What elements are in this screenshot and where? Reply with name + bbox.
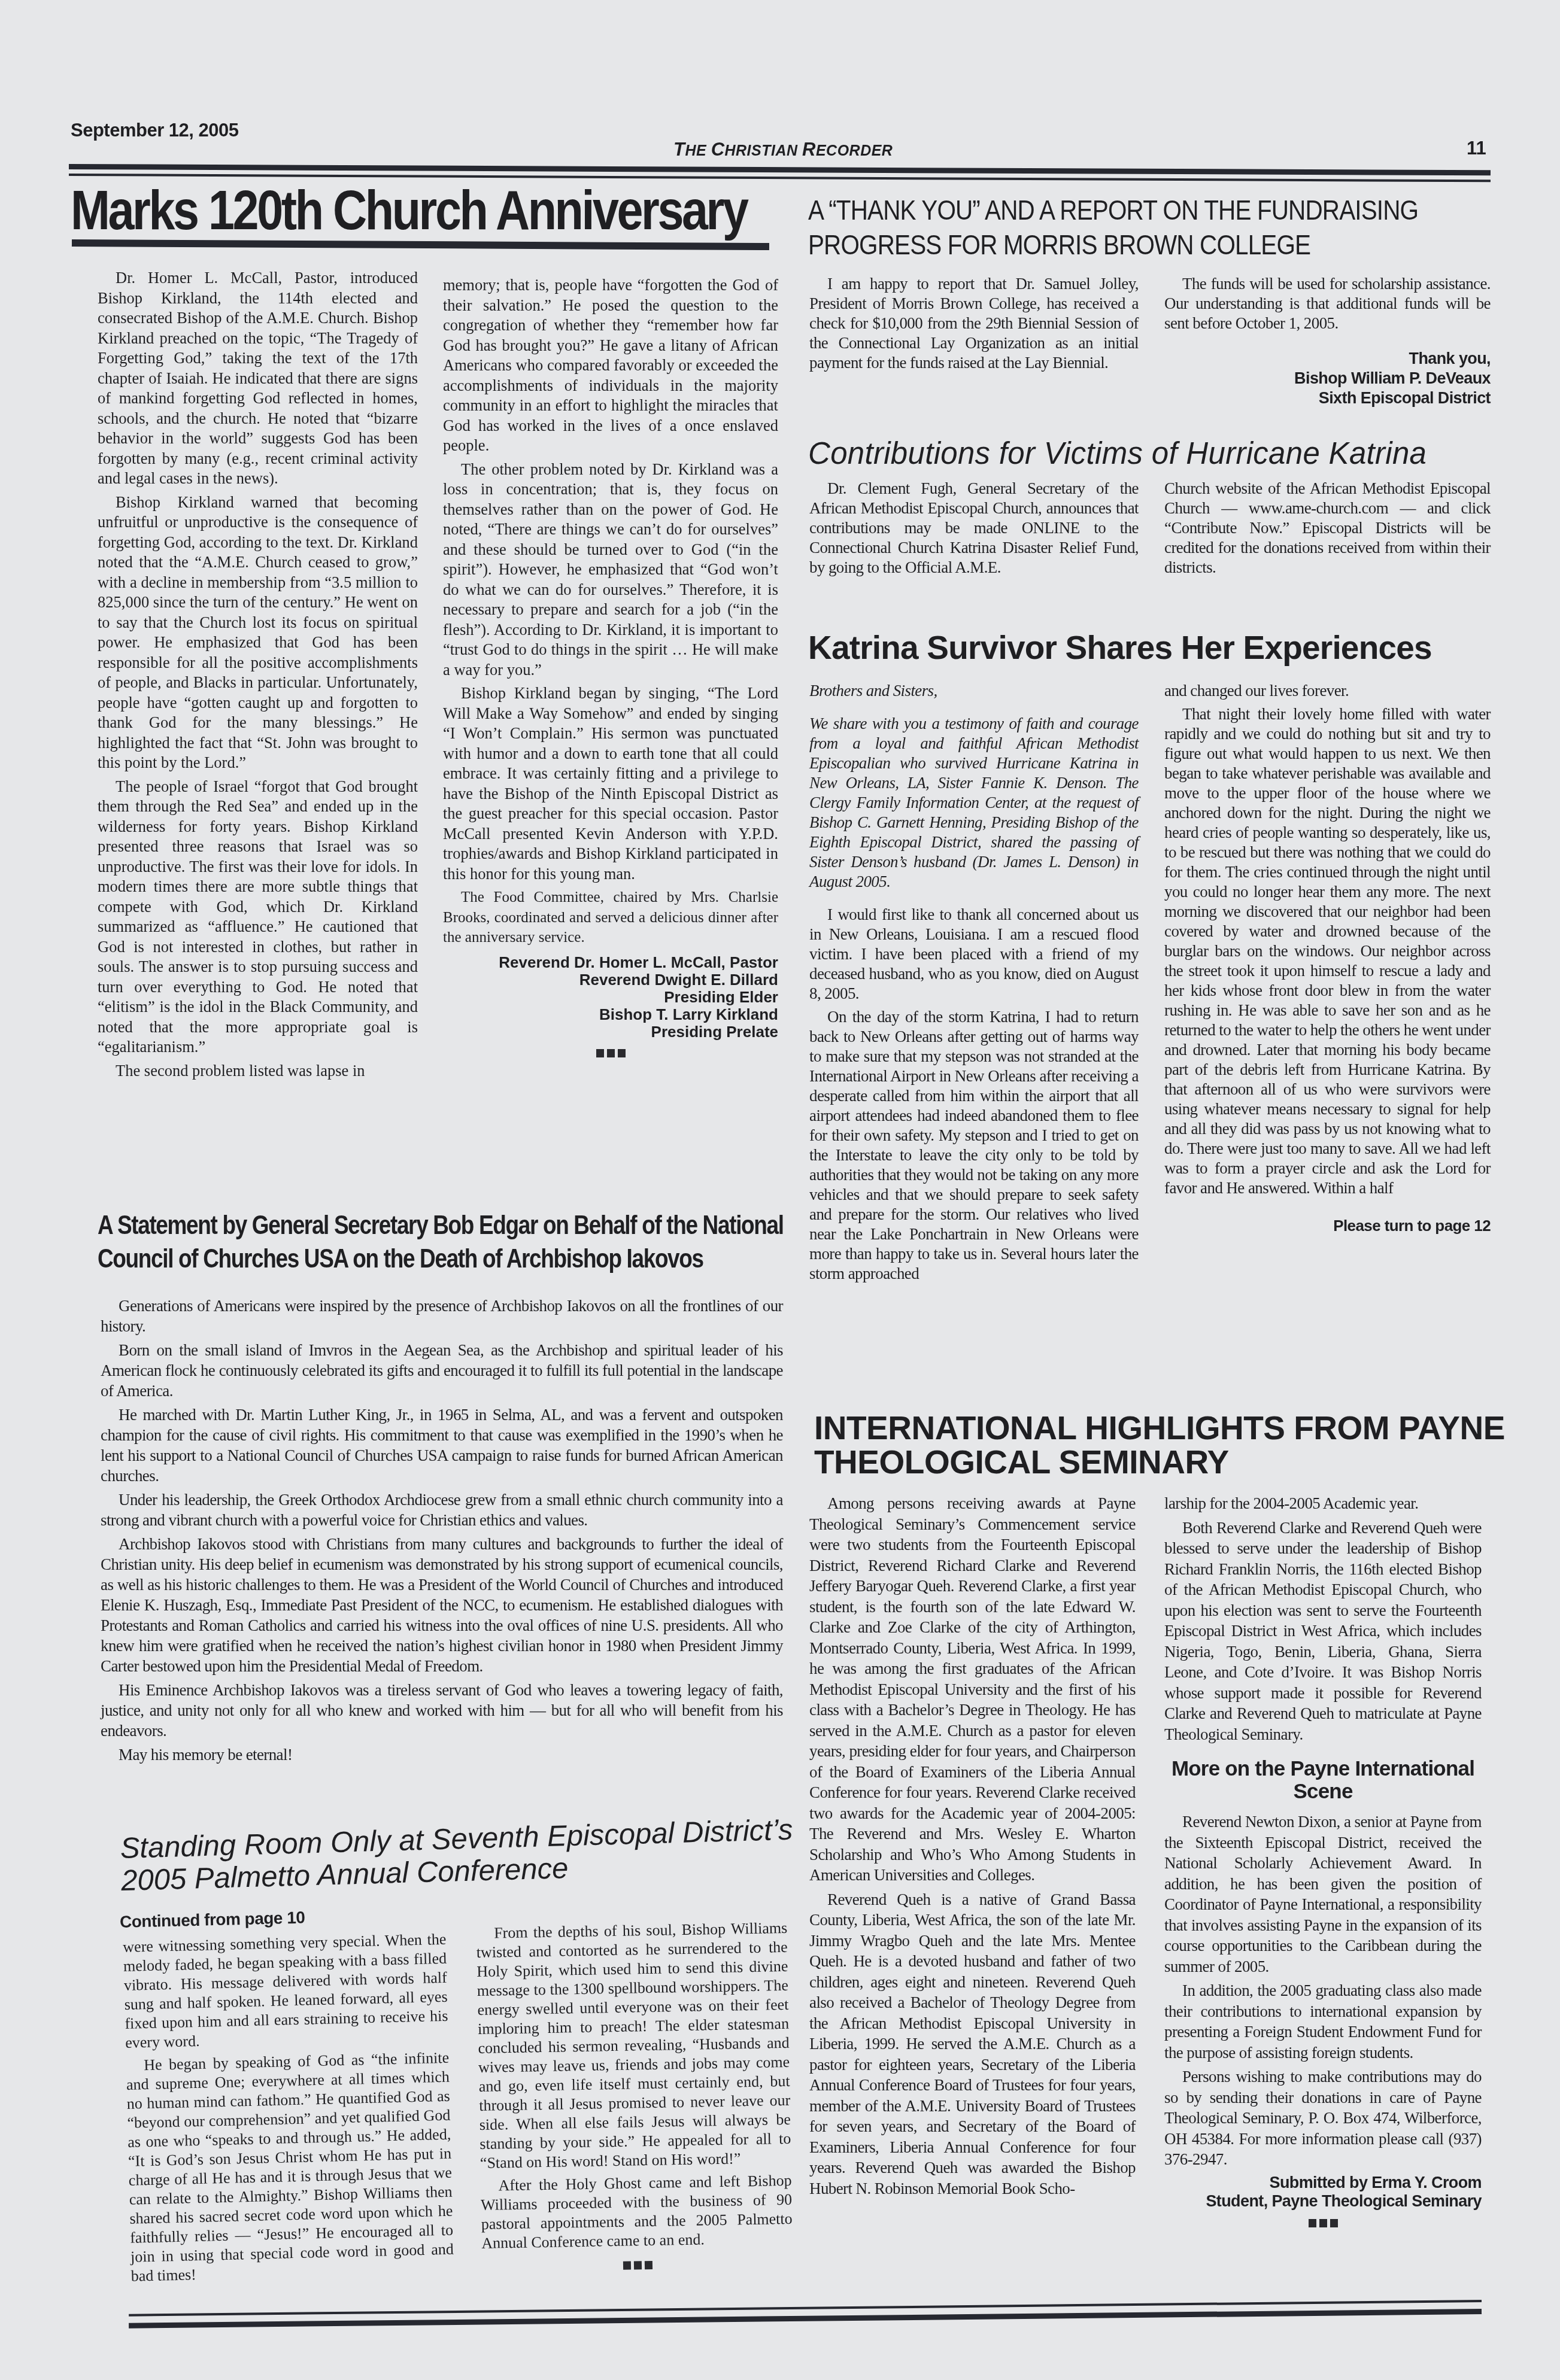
paragraph: The Food Committee, chaired by Mrs. Char…: [443, 887, 778, 948]
payne-headline: INTERNATIONAL HIGHLIGHTS FROM PAYNE THEO…: [814, 1411, 1509, 1479]
paragraph: Church website of the African Methodist …: [1164, 479, 1491, 577]
paragraph: On the day of the storm Katrina, I had t…: [809, 1007, 1139, 1284]
payne-signature: Submitted by Erma Y. Croom Student, Payn…: [1164, 2174, 1482, 2211]
anniversary-column-2: memory; that is, people have “forgotten …: [443, 275, 778, 1057]
paragraph: I would first like to thank all concerne…: [809, 905, 1139, 1004]
signature-line: Student, Payne Theological Seminary: [1164, 2192, 1482, 2211]
end-of-article-mark: [482, 2259, 793, 2272]
paragraph: Reverend Queh is a native of Grand Bassa…: [809, 1889, 1136, 2199]
statement-body: Generations of Americans were inspired b…: [101, 1296, 783, 1765]
paragraph: In addition, the 2005 graduating class a…: [1164, 1980, 1482, 2063]
paragraph: Born on the small island of Imvros in th…: [101, 1340, 783, 1401]
page-number: 11: [1467, 138, 1486, 159]
paragraph: The second problem listed was lapse in: [98, 1061, 418, 1081]
signature-line: Submitted by Erma Y. Croom: [1164, 2174, 1482, 2192]
paragraph: Bishop Kirkland began by singing, “The L…: [443, 683, 778, 884]
paragraph: Among persons receiving awards at Payne …: [809, 1493, 1136, 1886]
thank-you-column-2: The funds will be used for scholarship a…: [1164, 274, 1491, 408]
signature-line: Thank you,: [1164, 349, 1491, 369]
end-of-article-mark: [443, 1049, 778, 1057]
paragraph: memory; that is, people have “forgotten …: [443, 275, 778, 456]
paragraph: He marched with Dr. Martin Luther King, …: [101, 1405, 783, 1486]
signature-line: Presiding Prelate: [443, 1023, 778, 1041]
thank-you-signature: Thank you, Bishop William P. DeVeaux Six…: [1164, 349, 1491, 408]
pub-letter: R: [802, 139, 816, 160]
pub-letter: C: [711, 139, 725, 160]
paragraph: and changed our lives forever.: [1164, 681, 1491, 701]
paragraph: That night their lovely home filled with…: [1164, 704, 1491, 1198]
paragraph: Bishop Kirkland warned that becoming unf…: [98, 493, 418, 773]
pub-smallcaps: HE: [685, 142, 711, 159]
signature-line: Reverend Dwight E. Dillard: [443, 971, 778, 989]
paragraph: I am happy to report that Dr. Samuel Jol…: [809, 274, 1139, 373]
katrina-column-1: Brothers and Sisters, We share with you …: [809, 681, 1139, 1284]
salutation: Brothers and Sisters,: [809, 681, 1139, 701]
paragraph: Reverend Newton Dixon, a senior at Payne…: [1164, 1811, 1482, 1977]
paragraph: Archbishop Iakovos stood with Christians…: [101, 1534, 783, 1676]
paragraph: His Eminence Archbishop Iakovos was a ti…: [101, 1680, 783, 1741]
continued-from-label: Continued from page 10: [120, 1908, 305, 1932]
anniversary-signature: Reverend Dr. Homer L. McCall, Pastor Rev…: [443, 954, 778, 1041]
signature-line: Sixth Episcopal District: [1164, 388, 1491, 408]
paragraph: He began by speaking of God as “the infi…: [126, 2048, 454, 2286]
contributions-column-2: Church website of the African Methodist …: [1164, 479, 1491, 577]
paragraph: larship for the 2004-2005 Academic year.: [1164, 1493, 1482, 1514]
signature-line: Reverend Dr. Homer L. McCall, Pastor: [443, 954, 778, 971]
paragraph: Both Reverend Clarke and Reverend Queh w…: [1164, 1518, 1482, 1745]
continued-link[interactable]: Please turn to page 12: [1164, 1216, 1491, 1236]
paragraph: After the Holy Ghost came and left Bisho…: [480, 2171, 793, 2253]
pub-letter: T: [673, 139, 685, 160]
paragraph: Persons wishing to make contributions ma…: [1164, 2066, 1482, 2170]
statement-headline: A Statement by General Secretary Bob Edg…: [98, 1209, 791, 1276]
signature-line: Bishop William P. DeVeaux: [1164, 369, 1491, 388]
paragraph: The other problem noted by Dr. Kirkland …: [443, 460, 778, 680]
signature-line: Presiding Elder: [443, 989, 778, 1006]
paragraph: Dr. Clement Fugh, General Secretary of t…: [809, 479, 1139, 577]
pub-smallcaps: ECORDER: [816, 142, 893, 159]
end-of-article-mark: [1164, 2219, 1482, 2227]
intro-italic: We share with you a testimony of faith a…: [809, 714, 1139, 892]
payne-column-2: larship for the 2004-2005 Academic year.…: [1164, 1493, 1482, 2227]
katrina-headline: Katrina Survivor Shares Her Experiences: [808, 628, 1432, 667]
standing-room-column-1: were witnessing something very special. …: [123, 1930, 454, 2286]
publication-name: THE CHRISTIAN RECORDER: [673, 139, 893, 160]
standing-room-column-2: From the depths of his soul, Bishop Will…: [476, 1919, 793, 2272]
standing-room-headline: Standing Room Only at Seventh Episcopal …: [120, 1813, 810, 1897]
paragraph: were witnessing something very special. …: [123, 1930, 449, 2053]
paragraph: May his memory be eternal!: [101, 1744, 783, 1765]
signature-line: Bishop T. Larry Kirkland: [443, 1006, 778, 1023]
payne-subheadline: More on the Payne International Scene: [1164, 1758, 1482, 1803]
paragraph: Under his leadership, the Greek Orthodox…: [101, 1490, 783, 1530]
thank-you-column-1: I am happy to report that Dr. Samuel Jol…: [809, 274, 1139, 373]
issue-date: September 12, 2005: [71, 120, 239, 141]
header-rule-thick: [69, 164, 1491, 175]
anniversary-headline: Marks 120th Church Anniversary: [71, 180, 747, 242]
contributions-headline: Contributions for Victims of Hurricane K…: [808, 436, 1427, 471]
paragraph: Dr. Homer L. McCall, Pastor, introduced …: [98, 268, 418, 489]
anniversary-column-1: Dr. Homer L. McCall, Pastor, introduced …: [98, 268, 418, 1081]
paragraph: The funds will be used for scholarship a…: [1164, 274, 1491, 333]
payne-column-1: Among persons receiving awards at Payne …: [809, 1493, 1136, 2199]
paragraph: Generations of Americans were inspired b…: [101, 1296, 783, 1336]
paragraph: From the depths of his soul, Bishop Will…: [476, 1919, 791, 2173]
katrina-column-2: and changed our lives forever. That nigh…: [1164, 681, 1491, 1236]
contributions-column-1: Dr. Clement Fugh, General Secretary of t…: [809, 479, 1139, 577]
pub-smallcaps: HRISTIAN: [725, 142, 803, 159]
thank-you-headline: A “THANK YOU” AND A REPORT ON THE FUNDRA…: [808, 193, 1493, 262]
paragraph: The people of Israel “forgot that God br…: [98, 777, 418, 1057]
